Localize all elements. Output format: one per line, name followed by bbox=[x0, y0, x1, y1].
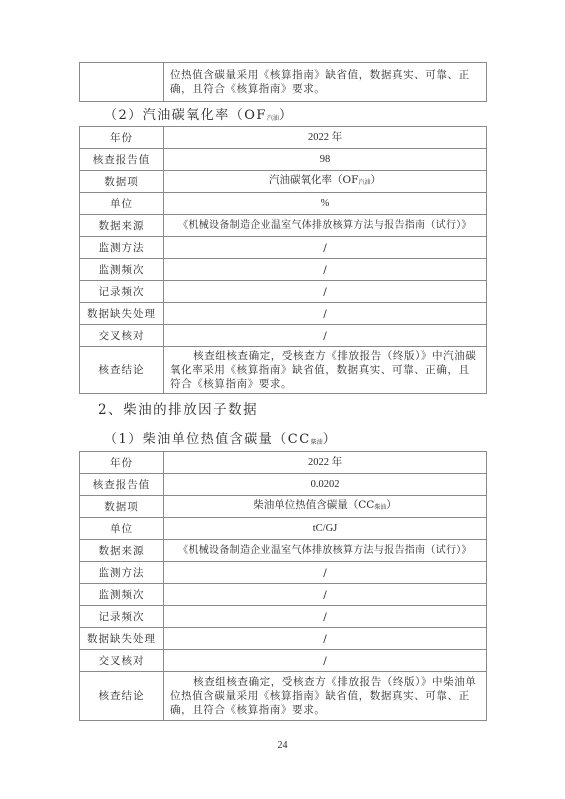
heading-close: ） bbox=[323, 432, 338, 447]
table-row: 监测频次/ bbox=[80, 584, 487, 606]
table-row: 数据来源《机械设备制造企业温室气体排放核算方法与报告指南（试行）》 bbox=[80, 215, 487, 237]
row-value: 98 bbox=[164, 149, 487, 171]
row-label: 核查报告值 bbox=[80, 149, 164, 171]
row-label: 交叉核对 bbox=[80, 650, 164, 672]
conclusion-text: 核查组核查确定，受核查方《排放报告（终版）》中汽油碳氧化率采用《核算指南》缺省值… bbox=[164, 347, 487, 394]
heading-diesel-emission-factor: 2、柴油的排放因子数据 bbox=[98, 398, 258, 418]
row-value: 2022 年 bbox=[164, 127, 487, 149]
previous-table-label-cell bbox=[80, 63, 164, 102]
table-row: 数据项柴油单位热值含碳量（CC柴油） bbox=[80, 496, 487, 518]
table-row: 交叉核对/ bbox=[80, 325, 487, 347]
row-value: 《机械设备制造企业温室气体排放核算方法与报告指南（试行）》 bbox=[164, 540, 487, 562]
row-label: 数据项 bbox=[80, 496, 164, 518]
table-row: 数据来源《机械设备制造企业温室气体排放核算方法与报告指南（试行）》 bbox=[80, 540, 487, 562]
table-row: 单位% bbox=[80, 193, 487, 215]
value-subscript: 柴油 bbox=[374, 504, 386, 511]
table-row: 数据缺失处理/ bbox=[80, 303, 487, 325]
table-row-conclusion: 核查结论核查组核查确定，受核查方《排放报告（终版）》中柴油单位热值含碳量采用《核… bbox=[80, 672, 487, 721]
row-value: / bbox=[164, 606, 487, 628]
row-label: 记录频次 bbox=[80, 606, 164, 628]
previous-conclusion-text: 位热值含碳量采用《核算指南》缺省值，数据真实、可靠、正确，且符合《核算指南》要求… bbox=[164, 63, 487, 102]
row-label: 数据来源 bbox=[80, 215, 164, 237]
row-label: 单位 bbox=[80, 518, 164, 540]
row-value: / bbox=[164, 584, 487, 606]
row-label: 监测方法 bbox=[80, 237, 164, 259]
previous-table-fragment: 位热值含碳量采用《核算指南》缺省值，数据真实、可靠、正确，且符合《核算指南》要求… bbox=[79, 62, 487, 102]
row-label: 数据项 bbox=[80, 171, 164, 193]
table-row: 核查报告值98 bbox=[80, 149, 487, 171]
table-row: 数据缺失处理/ bbox=[80, 628, 487, 650]
conclusion-text: 核查组核查确定，受核查方《排放报告（终版）》中柴油单位热值含碳量采用《核算指南》… bbox=[164, 672, 487, 721]
row-label: 监测方法 bbox=[80, 562, 164, 584]
table-row: 监测频次/ bbox=[80, 259, 487, 281]
table-row: 记录频次/ bbox=[80, 606, 487, 628]
row-value: / bbox=[164, 303, 487, 325]
row-label: 记录频次 bbox=[80, 281, 164, 303]
heading-gasoline-oxidation-rate: （2）汽油碳氧化率（OF汽油） bbox=[104, 104, 293, 123]
value-close: ） bbox=[370, 174, 381, 186]
table-row: 监测方法/ bbox=[80, 562, 487, 584]
row-value: / bbox=[164, 237, 487, 259]
table-row: 年份2022 年 bbox=[80, 127, 487, 149]
table-row: 年份2022 年 bbox=[80, 452, 487, 474]
row-value: / bbox=[164, 650, 487, 672]
row-value: / bbox=[164, 562, 487, 584]
row-label: 数据缺失处理 bbox=[80, 303, 164, 325]
row-label: 数据来源 bbox=[80, 540, 164, 562]
row-label: 监测频次 bbox=[80, 259, 164, 281]
table-row: 监测方法/ bbox=[80, 237, 487, 259]
row-value: 柴油单位热值含碳量（CC柴油） bbox=[164, 496, 487, 518]
row-label: 年份 bbox=[80, 452, 164, 474]
row-label: 核查报告值 bbox=[80, 474, 164, 496]
row-label: 监测频次 bbox=[80, 584, 164, 606]
heading-text: （2）汽油碳氧化率（OF bbox=[104, 108, 267, 123]
row-label: 数据缺失处理 bbox=[80, 628, 164, 650]
gasoline-oxidation-table: 年份2022 年 核查报告值98 数据项汽油碳氧化率（OF汽油） 单位% 数据来… bbox=[79, 126, 487, 394]
row-value: % bbox=[164, 193, 487, 215]
row-label: 核查结论 bbox=[80, 672, 164, 721]
table-row-conclusion: 核查结论核查组核查确定，受核查方《排放报告（终版）》中汽油碳氧化率采用《核算指南… bbox=[80, 347, 487, 394]
row-value: 0.0202 bbox=[164, 474, 487, 496]
row-value: 汽油碳氧化率（OF汽油） bbox=[164, 171, 487, 193]
table-row: 单位tC/GJ bbox=[80, 518, 487, 540]
table-row: 交叉核对/ bbox=[80, 650, 487, 672]
row-value: / bbox=[164, 628, 487, 650]
table-row: 核查报告值0.0202 bbox=[80, 474, 487, 496]
row-label: 单位 bbox=[80, 193, 164, 215]
value-close: ） bbox=[386, 499, 397, 511]
row-label: 年份 bbox=[80, 127, 164, 149]
table-row: 记录频次/ bbox=[80, 281, 487, 303]
row-label: 核查结论 bbox=[80, 347, 164, 394]
row-value: 2022 年 bbox=[164, 452, 487, 474]
diesel-carbon-content-table: 年份2022 年 核查报告值0.0202 数据项柴油单位热值含碳量（CC柴油） … bbox=[79, 451, 487, 721]
row-value: / bbox=[164, 281, 487, 303]
heading-close: ） bbox=[279, 108, 294, 123]
value-text: 柴油单位热值含碳量（CC bbox=[253, 499, 374, 511]
row-label: 交叉核对 bbox=[80, 325, 164, 347]
heading-subscript: 汽油 bbox=[267, 115, 279, 122]
heading-subscript: 柴油 bbox=[311, 439, 323, 446]
row-value: tC/GJ bbox=[164, 518, 487, 540]
value-text: 汽油碳氧化率（OF bbox=[269, 174, 358, 186]
row-value: 《机械设备制造企业温室气体排放核算方法与报告指南（试行）》 bbox=[164, 215, 487, 237]
table-row: 数据项汽油碳氧化率（OF汽油） bbox=[80, 171, 487, 193]
row-value: / bbox=[164, 259, 487, 281]
value-subscript: 汽油 bbox=[358, 179, 370, 186]
heading-text: （1）柴油单位热值含碳量（CC bbox=[104, 432, 311, 447]
heading-diesel-carbon-content: （1）柴油单位热值含碳量（CC柴油） bbox=[104, 428, 337, 447]
row-value: / bbox=[164, 325, 487, 347]
page-number: 24 bbox=[0, 740, 565, 751]
